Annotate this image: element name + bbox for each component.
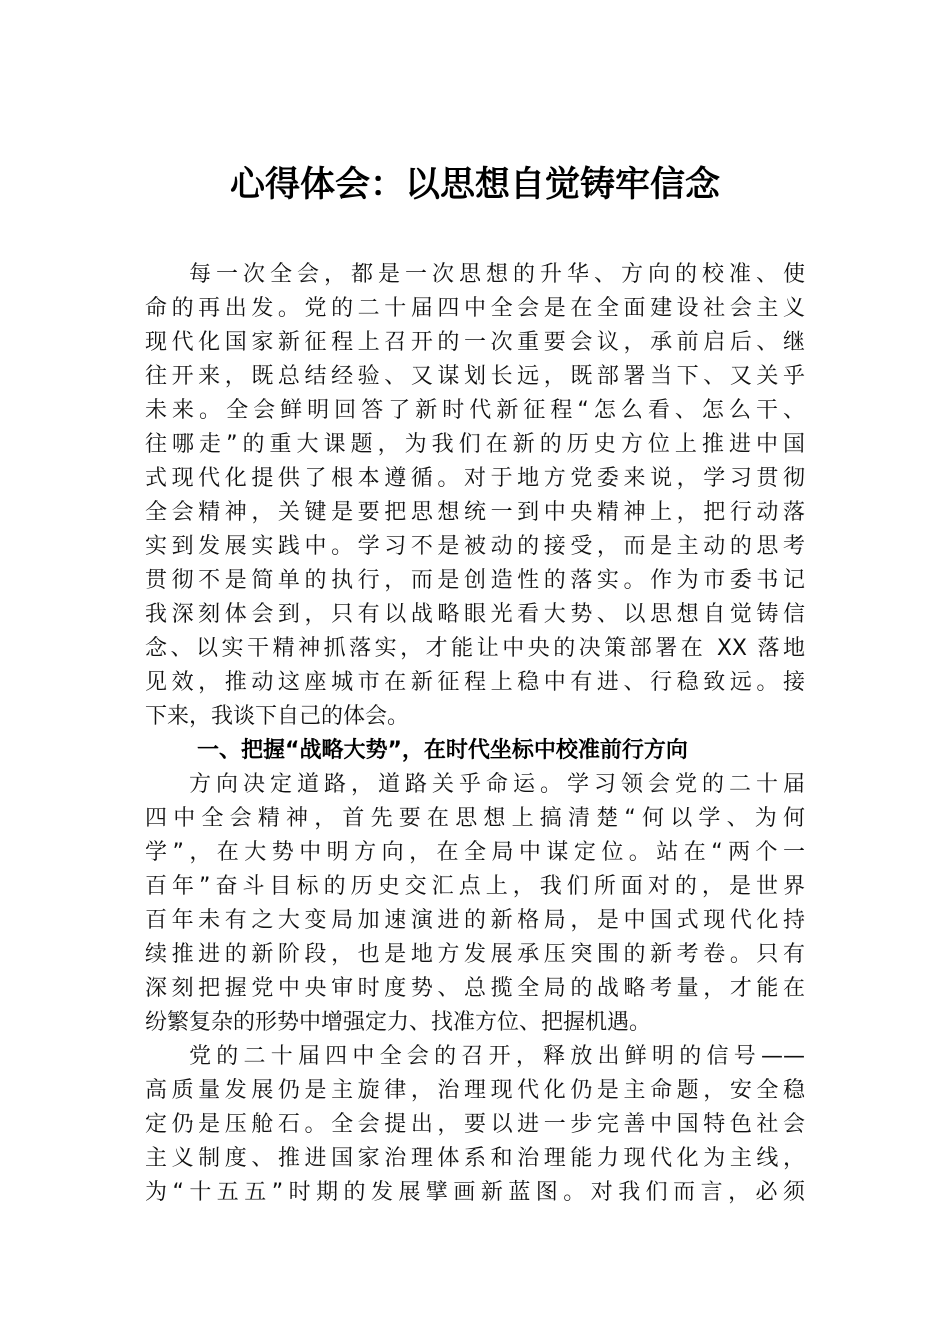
paragraph-line: 下来，我谈下自己的体会。: [145, 700, 805, 734]
paragraph-line: 往哪走”的重大课题，为我们在新的历史方位上推进中国: [145, 428, 805, 462]
paragraph-line: 每一次全会，都是一次思想的升华、方向的校准、使: [145, 258, 805, 292]
document-page: 心得体会：以思想自觉铸牢信念 每一次全会，都是一次思想的升华、方向的校准、使命的…: [0, 0, 950, 1344]
paragraph-line: 百年”奋斗目标的历史交汇点上，我们所面对的，是世界: [145, 870, 805, 904]
paragraph-line: 现代化国家新征程上召开的一次重要会议，承前启后、继: [145, 326, 805, 360]
paragraph-line: 纷繁复杂的形势中增强定力、找准方位、把握机遇。: [145, 1006, 805, 1040]
paragraph-line: 式现代化提供了根本遵循。对于地方党委来说，学习贯彻: [145, 462, 805, 496]
paragraph-line: 贯彻不是简单的执行，而是创造性的落实。作为市委书记: [145, 564, 805, 598]
paragraph-line: 往开来，既总结经验、又谋划长远，既部署当下、又关乎: [145, 360, 805, 394]
paragraph-line: 见效，推动这座城市在新征程上稳中有进、行稳致远。接: [145, 666, 805, 700]
document-body: 每一次全会，都是一次思想的升华、方向的校准、使命的再出发。党的二十届四中全会是在…: [145, 258, 805, 1210]
paragraph-line: 党的二十届四中全会的召开，释放出鲜明的信号——: [145, 1040, 805, 1074]
paragraph-line: 高质量发展仍是主旋律，治理现代化仍是主命题，安全稳: [145, 1074, 805, 1108]
paragraph-line: 主义制度、推进国家治理体系和治理能力现代化为主线，: [145, 1142, 805, 1176]
paragraph-line: 四中全会精神，首先要在思想上搞清楚“何以学、为何: [145, 802, 805, 836]
paragraph-line: 百年未有之大变局加速演进的新格局，是中国式现代化持: [145, 904, 805, 938]
paragraph-line: 念、以实干精神抓落实，才能让中央的决策部署在 XX 落地: [145, 632, 805, 666]
paragraph-line: 方向决定道路，道路关乎命运。学习领会党的二十届: [145, 768, 805, 802]
paragraph-line: 深刻把握党中央审时度势、总揽全局的战略考量，才能在: [145, 972, 805, 1006]
paragraph-line: 我深刻体会到，只有以战略眼光看大势、以思想自觉铸信: [145, 598, 805, 632]
section-heading: 一、把握“战略大势”，在时代坐标中校准前行方向: [145, 734, 805, 768]
paragraph-line: 实到发展实践中。学习不是被动的接受，而是主动的思考: [145, 530, 805, 564]
paragraph-line: 全会精神，关键是要把思想统一到中央精神上，把行动落: [145, 496, 805, 530]
document-title: 心得体会：以思想自觉铸牢信念: [0, 160, 950, 210]
paragraph-line: 命的再出发。党的二十届四中全会是在全面建设社会主义: [145, 292, 805, 326]
paragraph-line: 未来。全会鲜明回答了新时代新征程“怎么看、怎么干、: [145, 394, 805, 428]
paragraph-line: 续推进的新阶段，也是地方发展承压突围的新考卷。只有: [145, 938, 805, 972]
paragraph-line: 为“十五五”时期的发展擘画新蓝图。对我们而言，必须: [145, 1176, 805, 1210]
paragraph-line: 定仍是压舱石。全会提出，要以进一步完善中国特色社会: [145, 1108, 805, 1142]
paragraph-line: 学”，在大势中明方向，在全局中谋定位。站在“两个一: [145, 836, 805, 870]
